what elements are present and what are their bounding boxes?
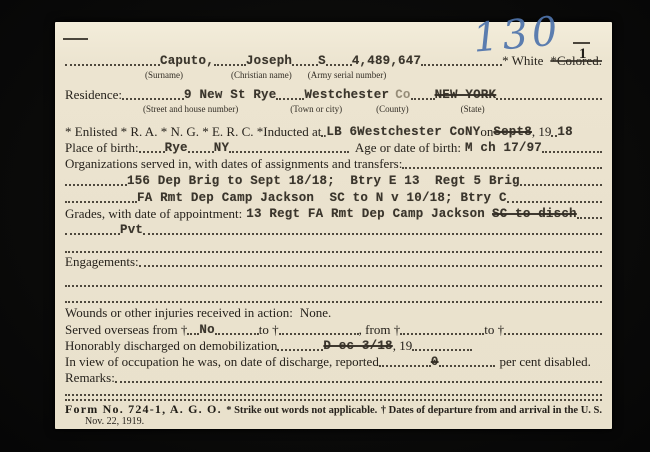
wounds-row: Wounds or other injuries received in act… (65, 304, 602, 320)
dotted-leader (115, 381, 602, 383)
induction-year-value: 18 (557, 125, 572, 139)
dotted-leader (277, 349, 323, 351)
blank-rule (65, 285, 602, 287)
grades-value-struck: SC to disch (492, 207, 577, 221)
dotted-leader (65, 201, 137, 203)
wounds-label: Wounds or other injuries received in act… (65, 306, 293, 320)
engagements-label: Engagements: (65, 255, 139, 269)
service-record-card: 130 1 Caputo, Joseph S 4,489,647 * White… (55, 22, 612, 429)
residence-label: Residence: (65, 88, 122, 102)
dotted-leader (421, 64, 502, 66)
dotted-leader (542, 151, 602, 153)
name-captions: (Surname) (Christian name) (Army serial … (65, 69, 602, 80)
christian-name-value: Joseph (246, 54, 292, 68)
county-caption: (County) (376, 104, 409, 114)
dotted-leader (400, 333, 484, 335)
state-value: NEW YORK (435, 88, 497, 102)
divider (65, 394, 602, 396)
dotted-leader (143, 233, 602, 235)
race-white-label: * White (502, 54, 543, 68)
county-suffix-value: Co (395, 88, 410, 102)
engagements-row: Engagements: (65, 253, 602, 269)
birth-date-value: M ch 17/97 (465, 141, 542, 155)
dotted-leader (139, 265, 602, 267)
discharge-year-label: , 19 (393, 339, 413, 353)
birth-date-label: Age or date of birth: (355, 141, 461, 155)
form-date: Nov. 22, 1919. (85, 416, 144, 428)
organizations-line1-row: 156 Dep Brig to Sept 18/18; Btry E 13 Re… (65, 172, 602, 188)
dotted-leader (187, 333, 199, 335)
grades-label: Grades, with date of appointment: (65, 207, 242, 221)
dotted-leader (326, 64, 352, 66)
dotted-leader (279, 333, 359, 335)
dotted-leader (65, 64, 160, 66)
disability-suffix: per cent disabled. (500, 355, 591, 369)
town-caption: (Town or city) (290, 104, 342, 114)
remarks-label: Remarks: (65, 371, 115, 385)
divider (65, 399, 602, 401)
dotted-leader (439, 365, 495, 367)
organizations-line2-value: FA Rmt Dep Camp Jackson SC to N v 10/18;… (137, 191, 507, 205)
dotted-leader (188, 151, 214, 153)
dotted-leader (577, 217, 602, 219)
induction-place-value: LB 6Westchester CoNY (326, 125, 480, 139)
dotted-leader (496, 98, 602, 100)
residence-row: Residence: 9 New St Rye Westchester Co N… (65, 86, 602, 102)
overseas-row: Served overseas from † No to † , from † … (65, 321, 602, 337)
dotted-leader (215, 333, 259, 335)
footer-row: Form No. 724-1, A. G. O. * Strike out wo… (65, 403, 602, 417)
christian-name-caption: (Christian name) (231, 70, 292, 80)
dotted-leader (276, 98, 304, 100)
grades-row: Grades, with date of appointment: 13 Reg… (65, 205, 602, 221)
birth-row: Place of birth: Rye NY Age or date of bi… (65, 139, 602, 155)
discharge-row: Honorably discharged on demobilization D… (65, 337, 472, 353)
disability-row: In view of occupation he was, on date of… (65, 353, 602, 369)
footer-date-row: Nov. 22, 1919. (65, 416, 602, 428)
grade-rank-row: Pvt (65, 221, 602, 237)
organizations-line1-value: 156 Dep Brig to Sept 18/18; Btry E 13 Re… (127, 174, 520, 188)
dotted-leader (402, 167, 602, 169)
on-label: on (480, 125, 493, 139)
organizations-label: Organizations served in, with dates of a… (65, 157, 402, 171)
form-number: Form No. 724-1, A. G. O. (65, 402, 222, 417)
state-caption: (State) (461, 104, 485, 114)
street-value: 9 New St Rye (184, 88, 276, 102)
surname-value: Caputo, (160, 54, 214, 68)
grades-value: 13 Regt FA Rmt Dep Camp Jackson (246, 207, 485, 221)
blank-rule (65, 301, 602, 303)
overseas-to2-label: to † (484, 323, 504, 337)
year-prefix-label: , 19 (532, 125, 552, 139)
dotted-leader (412, 349, 472, 351)
dotted-leader (65, 233, 120, 235)
enlistment-row: * Enlisted * R. A. * N. G. * E. R. C. *I… (65, 123, 602, 139)
dotted-leader (214, 64, 246, 66)
residence-captions: (Street and house number) (Town or city)… (65, 103, 602, 114)
dotted-leader (122, 98, 184, 100)
fold-mark-left (63, 38, 88, 40)
dotted-leader (411, 98, 435, 100)
wounds-value: None. (300, 306, 331, 320)
surname-caption: (Surname) (145, 70, 183, 80)
race-colored-label-struck: *Colored. (550, 54, 602, 68)
county-value: Westchester (304, 88, 389, 102)
fold-mark-right (573, 42, 590, 44)
dotted-leader (507, 201, 602, 203)
serial-number-caption: (Army serial number) (308, 70, 386, 80)
dotted-leader (139, 151, 165, 153)
name-row: Caputo, Joseph S 4,489,647 * White *Colo… (65, 52, 602, 68)
overseas-from1-value: No (199, 323, 214, 337)
street-caption: (Street and house number) (143, 104, 238, 114)
overseas-to1-label: to † (259, 323, 279, 337)
overseas-from2-label: , from † (359, 323, 401, 337)
enlistment-prefix: * Enlisted * R. A. * N. G. * E. R. C. *I… (65, 125, 321, 139)
discharge-date-value: D ec 3/18 (323, 339, 392, 353)
organizations-label-row: Organizations served in, with dates of a… (65, 155, 602, 171)
birth-place-label: Place of birth: (65, 141, 139, 155)
overseas-from1-label: Served overseas from † (65, 323, 187, 337)
grade-rank-value: Pvt (120, 223, 143, 237)
disability-value: 0 (431, 355, 439, 369)
remarks-row: Remarks: (65, 369, 602, 385)
dotted-leader (504, 333, 602, 335)
dotted-leader (229, 151, 349, 153)
dotted-leader (379, 365, 431, 367)
middle-initial-value: S (318, 54, 326, 68)
dotted-leader (65, 184, 127, 186)
disability-label: In view of occupation he was, on date of… (65, 355, 379, 369)
induction-date-value: Sept8 (493, 125, 532, 139)
organizations-line2-row: FA Rmt Dep Camp Jackson SC to N v 10/18;… (65, 189, 602, 205)
dotted-leader (520, 184, 602, 186)
dotted-leader (292, 64, 318, 66)
discharge-label: Honorably discharged on demobilization (65, 339, 277, 353)
serial-number-value: 4,489,647 (352, 54, 421, 68)
birth-state-value: NY (214, 141, 229, 155)
birth-place-value: Rye (165, 141, 188, 155)
